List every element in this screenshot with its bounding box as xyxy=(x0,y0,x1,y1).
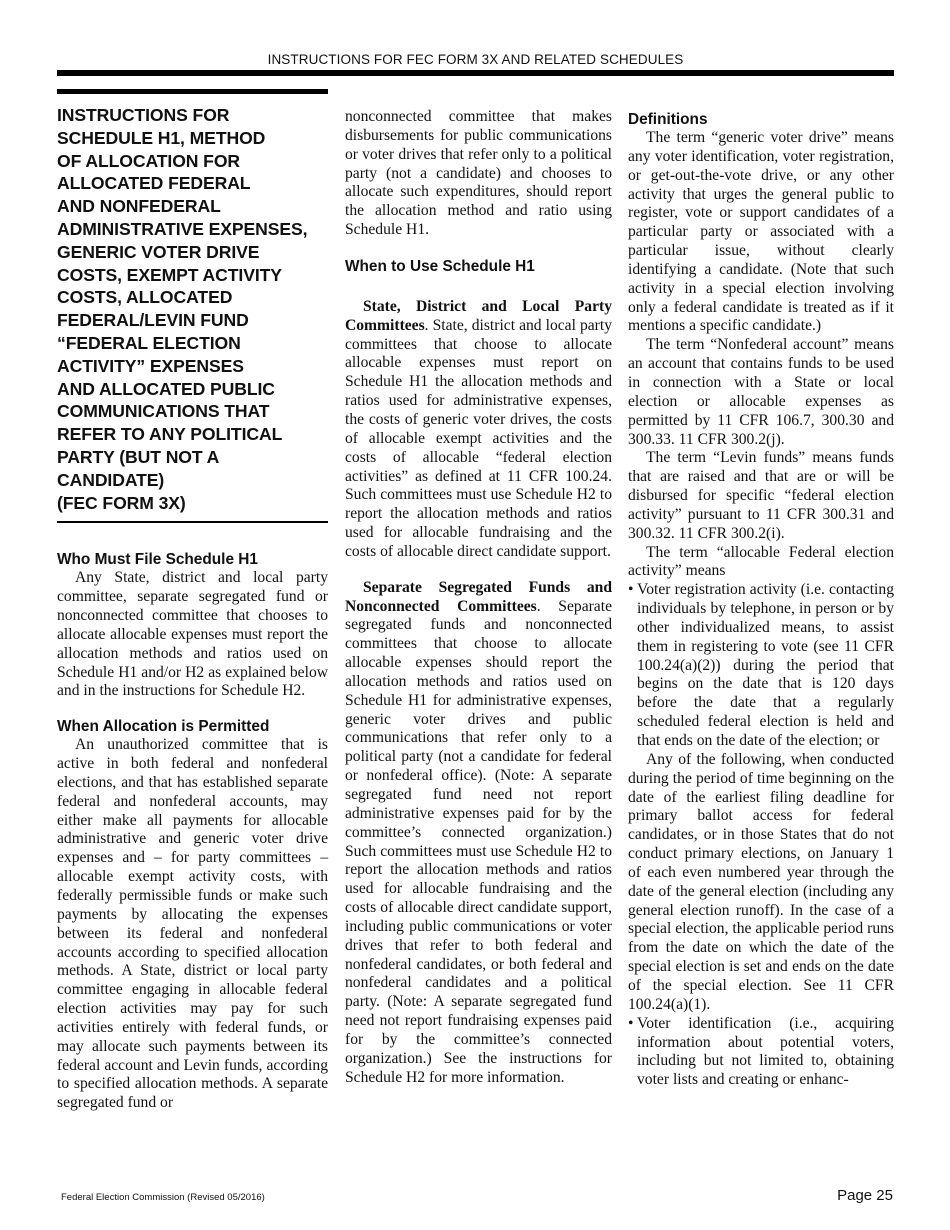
right-column: Definitions The term “generic voter driv… xyxy=(628,110,894,1090)
definition-generic-voter-drive: The term “generic voter drive” means any… xyxy=(628,129,894,336)
section-heading-when-permitted: When Allocation is Permitted xyxy=(57,717,328,736)
footer-publisher: Federal Election Commission (Revised 05/… xyxy=(61,1192,265,1203)
title-line: SCHEDULE H1, METHOD xyxy=(57,128,265,148)
left-column: INSTRUCTIONS FOR SCHEDULE H1, METHOD OF … xyxy=(57,104,328,1113)
title-line: FEDERAL/LEVIN FUND xyxy=(57,310,249,330)
title-line: COSTS, ALLOCATED xyxy=(57,287,232,307)
title-line: ALLOCATED FEDERAL xyxy=(57,173,250,193)
section-heading-definitions: Definitions xyxy=(628,110,894,129)
title-line: REFER TO ANY POLITICAL xyxy=(57,424,282,444)
title-line: PARTY (BUT NOT A xyxy=(57,447,219,467)
section-heading-when-to-use: When to Use Schedule H1 xyxy=(345,257,612,276)
definition-nonfederal-account: The term “Nonfederal account” means an a… xyxy=(628,336,894,449)
title-line: COMMUNICATIONS THAT xyxy=(57,401,269,421)
header-rule xyxy=(57,70,894,76)
definition-levin-funds: The term “Levin funds” means funds that … xyxy=(628,449,894,543)
title-line: (FEC FORM 3X) xyxy=(57,493,186,513)
title-line: CANDIDATE) xyxy=(57,470,164,490)
title-line: ACTIVITY” EXPENSES xyxy=(57,356,244,376)
title-line: INSTRUCTIONS FOR xyxy=(57,105,229,125)
bullet-icon: • xyxy=(628,581,633,600)
definition-any-of-following: Any of the following, when conducted dur… xyxy=(628,751,894,1015)
running-header: INSTRUCTIONS FOR FEC FORM 3X AND RELATED… xyxy=(57,52,894,67)
bullet-voter-registration: • Voter registration activity (i.e. cont… xyxy=(628,581,894,751)
title-line: “FEDERAL ELECTION xyxy=(57,333,241,353)
ssf-paragraph: Separate Segregated Funds and Nonconnect… xyxy=(345,579,612,1088)
middle-column: nonconnected committee that makes disbur… xyxy=(345,108,612,1088)
ssf-body: . Separate segregated funds and nonconne… xyxy=(345,598,612,1086)
bullet-icon: • xyxy=(628,1015,633,1034)
state-party-paragraph: State, District and Local Party Committe… xyxy=(345,298,612,562)
who-must-file-body: Any State, district and local party comm… xyxy=(57,569,328,701)
title-bottom-rule xyxy=(57,521,328,523)
bullet-voter-identification: • Voter identification (i.e., acquiring … xyxy=(628,1015,894,1090)
title-top-rule xyxy=(57,89,328,94)
title-line: AND ALLOCATED PUBLIC xyxy=(57,379,275,399)
bullet-text: Voter identification (i.e., acquiring in… xyxy=(637,1015,894,1089)
title-line: ADMINISTRATIVE EXPENSES, xyxy=(57,219,307,239)
document-title: INSTRUCTIONS FOR SCHEDULE H1, METHOD OF … xyxy=(57,104,328,514)
title-line: COSTS, EXEMPT ACTIVITY xyxy=(57,265,282,285)
continuation-paragraph: nonconnected committee that makes disbur… xyxy=(345,108,612,240)
title-line: OF ALLOCATION FOR xyxy=(57,151,240,171)
title-line: GENERIC VOTER DRIVE xyxy=(57,242,259,262)
section-heading-who-must-file: Who Must File Schedule H1 xyxy=(57,550,328,569)
definition-allocable-fea-intro: The term “allocable Federal election act… xyxy=(628,544,894,582)
title-line: AND NONFEDERAL xyxy=(57,196,221,216)
when-permitted-body: An unauthorized committee that is active… xyxy=(57,736,328,1113)
state-party-body: . State, district and local party commit… xyxy=(345,317,612,560)
bullet-text: Voter registration activity (i.e. contac… xyxy=(637,581,894,749)
page-number: Page 25 xyxy=(837,1187,893,1204)
